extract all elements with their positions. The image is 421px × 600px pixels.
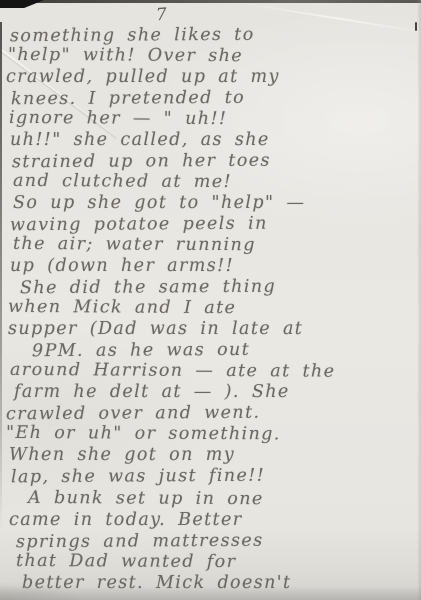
handwritten-line: farm he delt at — ). She <box>14 382 421 403</box>
handwritten-line: the air; water running <box>13 234 421 257</box>
scan-edge-top <box>0 0 421 3</box>
handwritten-line: that Dad wanted for <box>16 551 421 574</box>
handwritten-line: knees. I pretended to <box>11 87 421 111</box>
handwritten-line: supper (Dad was in late at <box>8 319 421 340</box>
handwritten-line: She did the same thing <box>20 276 421 299</box>
handwritten-line: came in today. Better <box>9 510 421 531</box>
page-number: 7 <box>155 5 168 26</box>
handwritten-line: So up she got to "help" — <box>13 193 421 214</box>
handwritten-line: "help" with! Over she <box>8 45 421 68</box>
scan-edge-right <box>417 0 421 600</box>
handwritten-line: when Mick and I ate <box>8 297 421 320</box>
handwritten-line: lap, she was just fine!! <box>11 465 421 489</box>
page-bottom-shadow <box>0 586 421 600</box>
handwritten-line: strained up on her toes <box>12 150 421 173</box>
scan-edge-left <box>0 22 2 532</box>
handwritten-line: crawled over and went. <box>6 402 421 426</box>
handwritten-line: around Harrison — ate at the <box>10 360 421 383</box>
scan-stray-mark <box>415 22 417 31</box>
handwritten-line: uh!!" she called, as she <box>10 130 421 151</box>
handwritten-line: A bunk set up in one <box>28 488 421 511</box>
handwritten-line: When she got on my <box>9 445 421 466</box>
handwritten-line: crawled, pulled up at my <box>6 67 421 88</box>
handwritten-line: something she likes to <box>10 24 421 48</box>
handwritten-line: ignore her — " uh!! <box>9 108 421 131</box>
handwritten-line: "Eh or uh" or something. <box>6 423 421 446</box>
scan-corner-mark <box>0 0 44 8</box>
handwritten-line: 9PM. as he was out <box>32 339 421 362</box>
handwritten-line: springs and mattresses <box>16 530 421 553</box>
handwritten-line: up (down her arms!! <box>10 256 421 277</box>
handwritten-line: and clutched at me! <box>13 171 421 194</box>
handwritten-text-block: something she likes to "help" with! Over… <box>6 25 421 594</box>
handwritten-line: waving potatoe peels in <box>10 213 421 237</box>
scanned-letter-page: 7 something she likes to "help" with! Ov… <box>0 0 421 600</box>
